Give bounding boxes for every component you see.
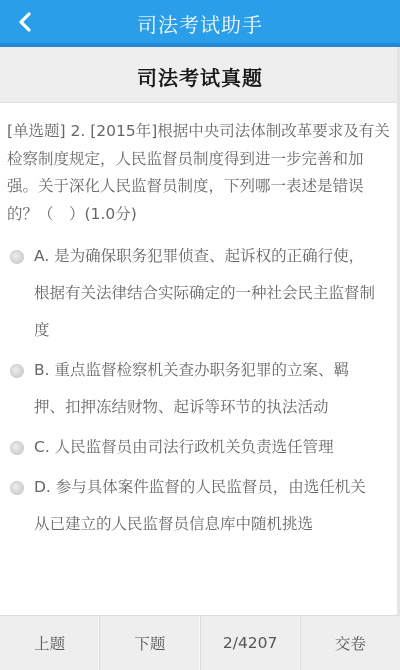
bottom-navigation-bar: 上题 下题 2/4207 交卷 bbox=[0, 615, 400, 670]
radio-button-icon[interactable] bbox=[10, 364, 24, 378]
radio-button-icon[interactable] bbox=[10, 441, 24, 455]
page-title: 司法考试真题 bbox=[0, 62, 400, 91]
submit-exam-button[interactable]: 交卷 bbox=[301, 616, 400, 670]
option-a[interactable]: A. 是为确保职务犯罪侦查、起诉权的正确行使，根据有关法律结合实际确定的一种社会… bbox=[0, 238, 397, 349]
options-list: A. 是为确保职务犯罪侦查、起诉权的正确行使，根据有关法律结合实际确定的一种社会… bbox=[0, 238, 397, 543]
prev-question-button[interactable]: 上题 bbox=[0, 616, 100, 670]
option-text: D. 参与具体案件监督的人民监督员，由选任机关从已建立的人民监督员信息库中随机挑… bbox=[34, 469, 379, 543]
question-content: [单选题] 2. [2015年]根据中央司法体制改革要求及有关检察制度规定，人民… bbox=[0, 104, 397, 615]
radio-button-icon[interactable] bbox=[10, 481, 24, 495]
app-header: 司法考试助手 bbox=[0, 0, 400, 47]
question-progress[interactable]: 2/4207 bbox=[201, 616, 301, 670]
option-d[interactable]: D. 参与具体案件监督的人民监督员，由选任机关从已建立的人民监督员信息库中随机挑… bbox=[0, 469, 397, 543]
option-text: C. 人民监督员由司法行政机关负责选任管理 bbox=[34, 429, 379, 466]
sub-header: 司法考试真题 bbox=[0, 47, 400, 103]
option-text: A. 是为确保职务犯罪侦查、起诉权的正确行使，根据有关法律结合实际确定的一种社会… bbox=[34, 238, 379, 349]
option-text: B. 重点监督检察机关查办职务犯罪的立案、羁押、扣押冻结财物、起诉等环节的执法活… bbox=[34, 352, 379, 426]
next-question-button[interactable]: 下题 bbox=[100, 616, 200, 670]
radio-button-icon[interactable] bbox=[10, 250, 24, 264]
question-text: [单选题] 2. [2015年]根据中央司法体制改革要求及有关检察制度规定，人民… bbox=[7, 118, 390, 229]
app-title: 司法考试助手 bbox=[0, 9, 400, 38]
option-b[interactable]: B. 重点监督检察机关查办职务犯罪的立案、羁押、扣押冻结财物、起诉等环节的执法活… bbox=[0, 352, 397, 426]
option-c[interactable]: C. 人民监督员由司法行政机关负责选任管理 bbox=[0, 429, 397, 466]
